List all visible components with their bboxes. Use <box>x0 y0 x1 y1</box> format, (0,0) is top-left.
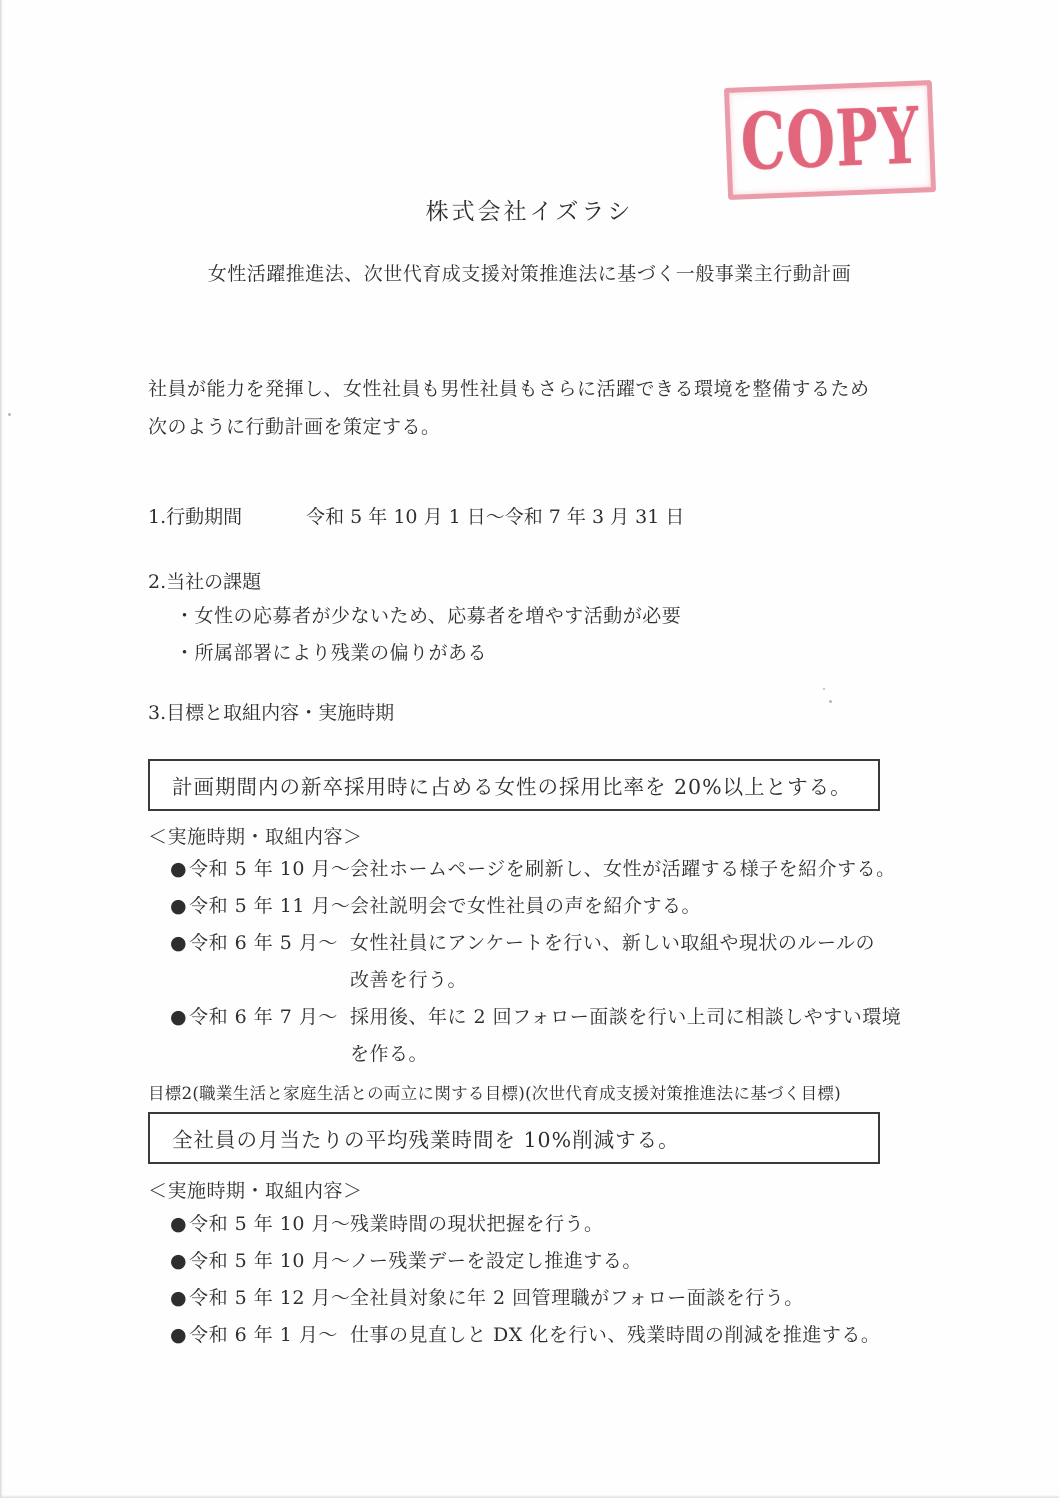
section-action-period: 1.行動期間 令和 5 年 10 月 1 日～令和 7 年 3 月 31 日 <box>148 502 684 529</box>
schedule-item-date: 令和 5 年 11 月～ <box>189 895 350 917</box>
bullet-icon: ● <box>170 895 187 917</box>
schedule-item: ●令和 6 年 7 月～ 採用後、年に 2 回フォロー面談を行い上司に相談しやす… <box>148 999 948 1036</box>
schedule-item: ●令和 5 年 12 月～ 全社員対象に年 2 回管理職がフォロー面談を行う。 <box>148 1280 948 1317</box>
schedule-item-date: 令和 5 年 12 月～ <box>189 1287 350 1309</box>
bullet-icon: ● <box>170 1324 187 1346</box>
schedule-item-text: ノー残業デーを設定し推進する。 <box>350 1243 948 1280</box>
goal1-schedule-list: ●令和 5 年 10 月～ 会社ホームページを刷新し、女性が活躍する様子を紹介す… <box>148 851 948 1073</box>
schedule-item-date: 令和 5 年 10 月～ <box>189 858 350 880</box>
intro-paragraph: 社員が能力を発揮し、女性社員も男性社員もさらに活躍できる環境を整備するため 次の… <box>148 370 928 446</box>
schedule-item-date: 令和 6 年 1 月～ <box>189 1324 338 1346</box>
schedule-item-text: 仕事の見直しと DX 化を行い、残業時間の削減を推進する。 <box>350 1317 948 1354</box>
scan-speckle <box>823 688 825 690</box>
intro-line-2: 次のように行動計画を策定する。 <box>148 408 928 446</box>
bullet-icon: ● <box>170 1213 187 1235</box>
goal1-schedule-heading: ＜実施時期・取組内容＞ <box>148 822 363 849</box>
scanned-document-page: COPY 株式会社イズラシ 女性活躍推進法、次世代育成支援対策推進法に基づく一般… <box>0 0 1059 1498</box>
goal1-box-text: 計画期間内の新卒採用時に占める女性の採用比率を 20%以上とする。 <box>172 770 852 800</box>
schedule-item-date: 令和 5 年 10 月～ <box>189 1250 350 1272</box>
section-issues-heading: 2.当社の課題 <box>148 567 261 594</box>
schedule-item-date: 令和 5 年 10 月～ <box>189 1213 350 1235</box>
schedule-item-text: 会社ホームページを刷新し、女性が活躍する様子を紹介する。 <box>350 851 948 888</box>
schedule-item-text: 全社員対象に年 2 回管理職がフォロー面談を行う。 <box>350 1280 948 1317</box>
bullet-icon: ● <box>170 858 187 880</box>
issues-list: ・女性の応募者が少ないため、応募者を増やす活動が必要 ・所属部署により残業の偏り… <box>175 598 681 672</box>
schedule-item: ●令和 5 年 11 月～ 会社説明会で女性社員の声を紹介する。 <box>148 888 948 925</box>
schedule-item: ●令和 6 年 1 月～ 仕事の見直しと DX 化を行い、残業時間の削減を推進す… <box>148 1317 948 1354</box>
goal1-box: 計画期間内の新卒採用時に占める女性の採用比率を 20%以上とする。 <box>148 759 880 811</box>
goal2-label: 目標2(職業生活と家庭生活との両立に関する目標)(次世代育成支援対策推進法に基づ… <box>148 1080 938 1104</box>
bullet-icon: ● <box>170 1006 187 1028</box>
schedule-item-continuation: を作る。 <box>148 1036 948 1073</box>
goal2-schedule-list: ●令和 5 年 10 月～ 残業時間の現状把握を行う。 ●令和 5 年 10 月… <box>148 1206 948 1354</box>
document-subtitle: 女性活躍推進法、次世代育成支援対策推進法に基づく一般事業主行動計画 <box>0 259 1059 286</box>
scan-speckle <box>829 700 832 703</box>
section-goals-heading: 3.目標と取組内容・実施時期 <box>148 698 394 725</box>
schedule-item: ●令和 5 年 10 月～ ノー残業デーを設定し推進する。 <box>148 1243 948 1280</box>
goal2-schedule-heading: ＜実施時期・取組内容＞ <box>148 1176 363 1203</box>
issue-item: ・所属部署により残業の偏りがある <box>175 635 681 672</box>
section-period-value: 令和 5 年 10 月 1 日～令和 7 年 3 月 31 日 <box>306 502 684 529</box>
section-period-heading: 1.行動期間 <box>148 502 242 529</box>
schedule-item-text: 残業時間の現状把握を行う。 <box>350 1206 948 1243</box>
schedule-item-date: 令和 6 年 5 月～ <box>189 932 338 954</box>
schedule-item-text: 採用後、年に 2 回フォロー面談を行い上司に相談しやすい環境 <box>350 999 948 1036</box>
schedule-item-date: 令和 6 年 7 月～ <box>189 1006 338 1028</box>
goal2-box-text: 全社員の月当たりの平均残業時間を 10%削減する。 <box>172 1123 680 1153</box>
company-title: 株式会社イズラシ <box>0 193 1059 226</box>
copy-stamp: COPY <box>724 80 936 200</box>
bullet-icon: ● <box>170 1250 187 1272</box>
schedule-item: ●令和 5 年 10 月～ 会社ホームページを刷新し、女性が活躍する様子を紹介す… <box>148 851 948 888</box>
intro-line-1: 社員が能力を発揮し、女性社員も男性社員もさらに活躍できる環境を整備するため <box>148 370 928 408</box>
schedule-item: ●令和 5 年 10 月～ 残業時間の現状把握を行う。 <box>148 1206 948 1243</box>
bullet-icon: ● <box>170 932 187 954</box>
schedule-item-text: 女性社員にアンケートを行い、新しい取組や現状のルールの <box>350 925 948 962</box>
copy-stamp-text: COPY <box>739 98 921 183</box>
schedule-item: ●令和 6 年 5 月～ 女性社員にアンケートを行い、新しい取組や現状のルールの <box>148 925 948 962</box>
goal2-box: 全社員の月当たりの平均残業時間を 10%削減する。 <box>148 1112 880 1164</box>
scan-speckle <box>8 413 11 416</box>
issue-item: ・女性の応募者が少ないため、応募者を増やす活動が必要 <box>175 598 681 635</box>
bullet-icon: ● <box>170 1287 187 1309</box>
schedule-item-continuation: 改善を行う。 <box>148 962 948 999</box>
schedule-item-text: 会社説明会で女性社員の声を紹介する。 <box>350 888 948 925</box>
